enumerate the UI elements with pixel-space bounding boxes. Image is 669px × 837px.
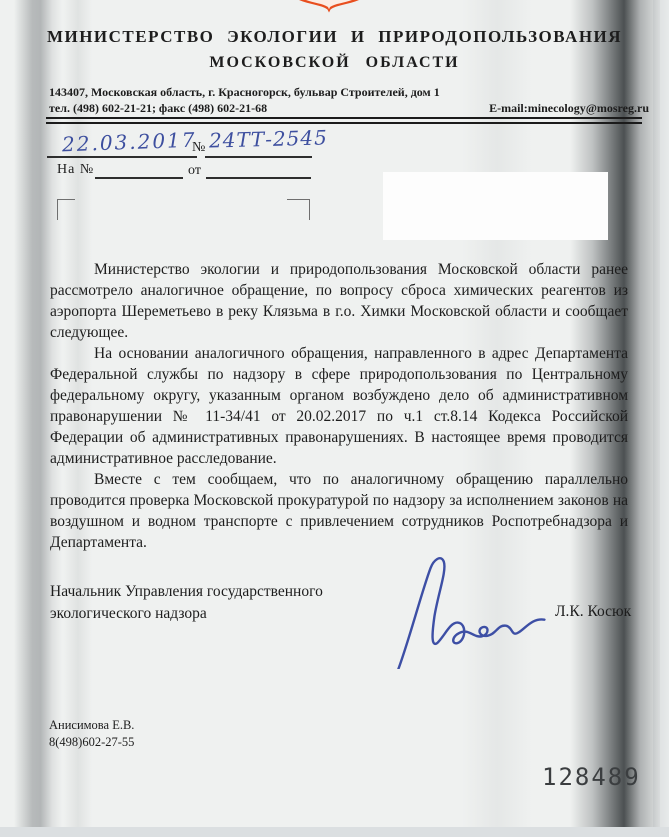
coat-of-arms-icon bbox=[299, 0, 359, 13]
phone-fax-line: тел. (498) 602-21-21; факс (498) 602-21-… bbox=[49, 101, 267, 115]
signer-position-line1: Начальник Управления государственного bbox=[50, 581, 323, 603]
body-paragraph: Вместе с тем сообщаем, что по аналогично… bbox=[50, 469, 628, 553]
outgoing-number-sign: № bbox=[192, 140, 205, 156]
scan-edge-right bbox=[653, 0, 669, 837]
letterhead-contacts: 143407, Московская область, г. Красногор… bbox=[49, 85, 649, 116]
signature-scribble bbox=[378, 551, 550, 669]
executor-phone: 8(498)602-27-55 bbox=[49, 734, 134, 751]
executor-block: Анисимова Е.В. 8(498)602-27-55 bbox=[49, 717, 134, 750]
redaction-box bbox=[383, 172, 608, 240]
address-line: 143407, Московская область, г. Красногор… bbox=[49, 85, 649, 101]
ministry-title-line1: МИНИСТЕРСТВО ЭКОЛОГИИ И ПРИРОДОПОЛЬЗОВАН… bbox=[30, 27, 639, 47]
reply-number-underline bbox=[95, 177, 183, 179]
scan-edge-bottom bbox=[0, 827, 669, 837]
body-paragraph: Министерство экологии и природопользован… bbox=[50, 259, 628, 343]
scanned-letter-page: МИНИСТЕРСТВО ЭКОЛОГИИ И ПРИРОДОПОЛЬЗОВАН… bbox=[0, 0, 669, 837]
executor-name: Анисимова Е.В. bbox=[49, 717, 134, 734]
date-handwritten: 22.03.2017 bbox=[62, 128, 197, 157]
body-paragraph: На основании аналогичного обращения, нап… bbox=[50, 343, 628, 469]
header-divider bbox=[46, 117, 642, 124]
signer-position-line2: экологического надзора bbox=[50, 603, 323, 625]
registration-stamp: 128489 bbox=[542, 763, 641, 791]
ministry-title-line2: МОСКОВСКОЙ ОБЛАСТИ bbox=[30, 54, 639, 72]
reply-number-label: На № bbox=[57, 162, 94, 178]
letter-body: Министерство экологии и природопользован… bbox=[50, 259, 628, 553]
reply-date-underline bbox=[206, 177, 311, 179]
date-underline bbox=[47, 156, 197, 158]
number-underline bbox=[205, 156, 312, 158]
signer-position: Начальник Управления государственного эк… bbox=[50, 581, 323, 625]
letterhead: МИНИСТЕРСТВО ЭКОЛОГИИ И ПРИРОДОПОЛЬЗОВАН… bbox=[30, 27, 639, 72]
signer-name: Л.К. Косюк bbox=[555, 603, 631, 621]
addressee-corner-mark-left bbox=[57, 199, 75, 220]
outgoing-number-handwritten: 24ТТ-2545 bbox=[209, 125, 328, 152]
addressee-corner-mark-right bbox=[287, 199, 310, 220]
reply-from-label: от bbox=[188, 163, 201, 179]
email-text: E-mail:minecology@mosreg.ru bbox=[489, 101, 649, 117]
